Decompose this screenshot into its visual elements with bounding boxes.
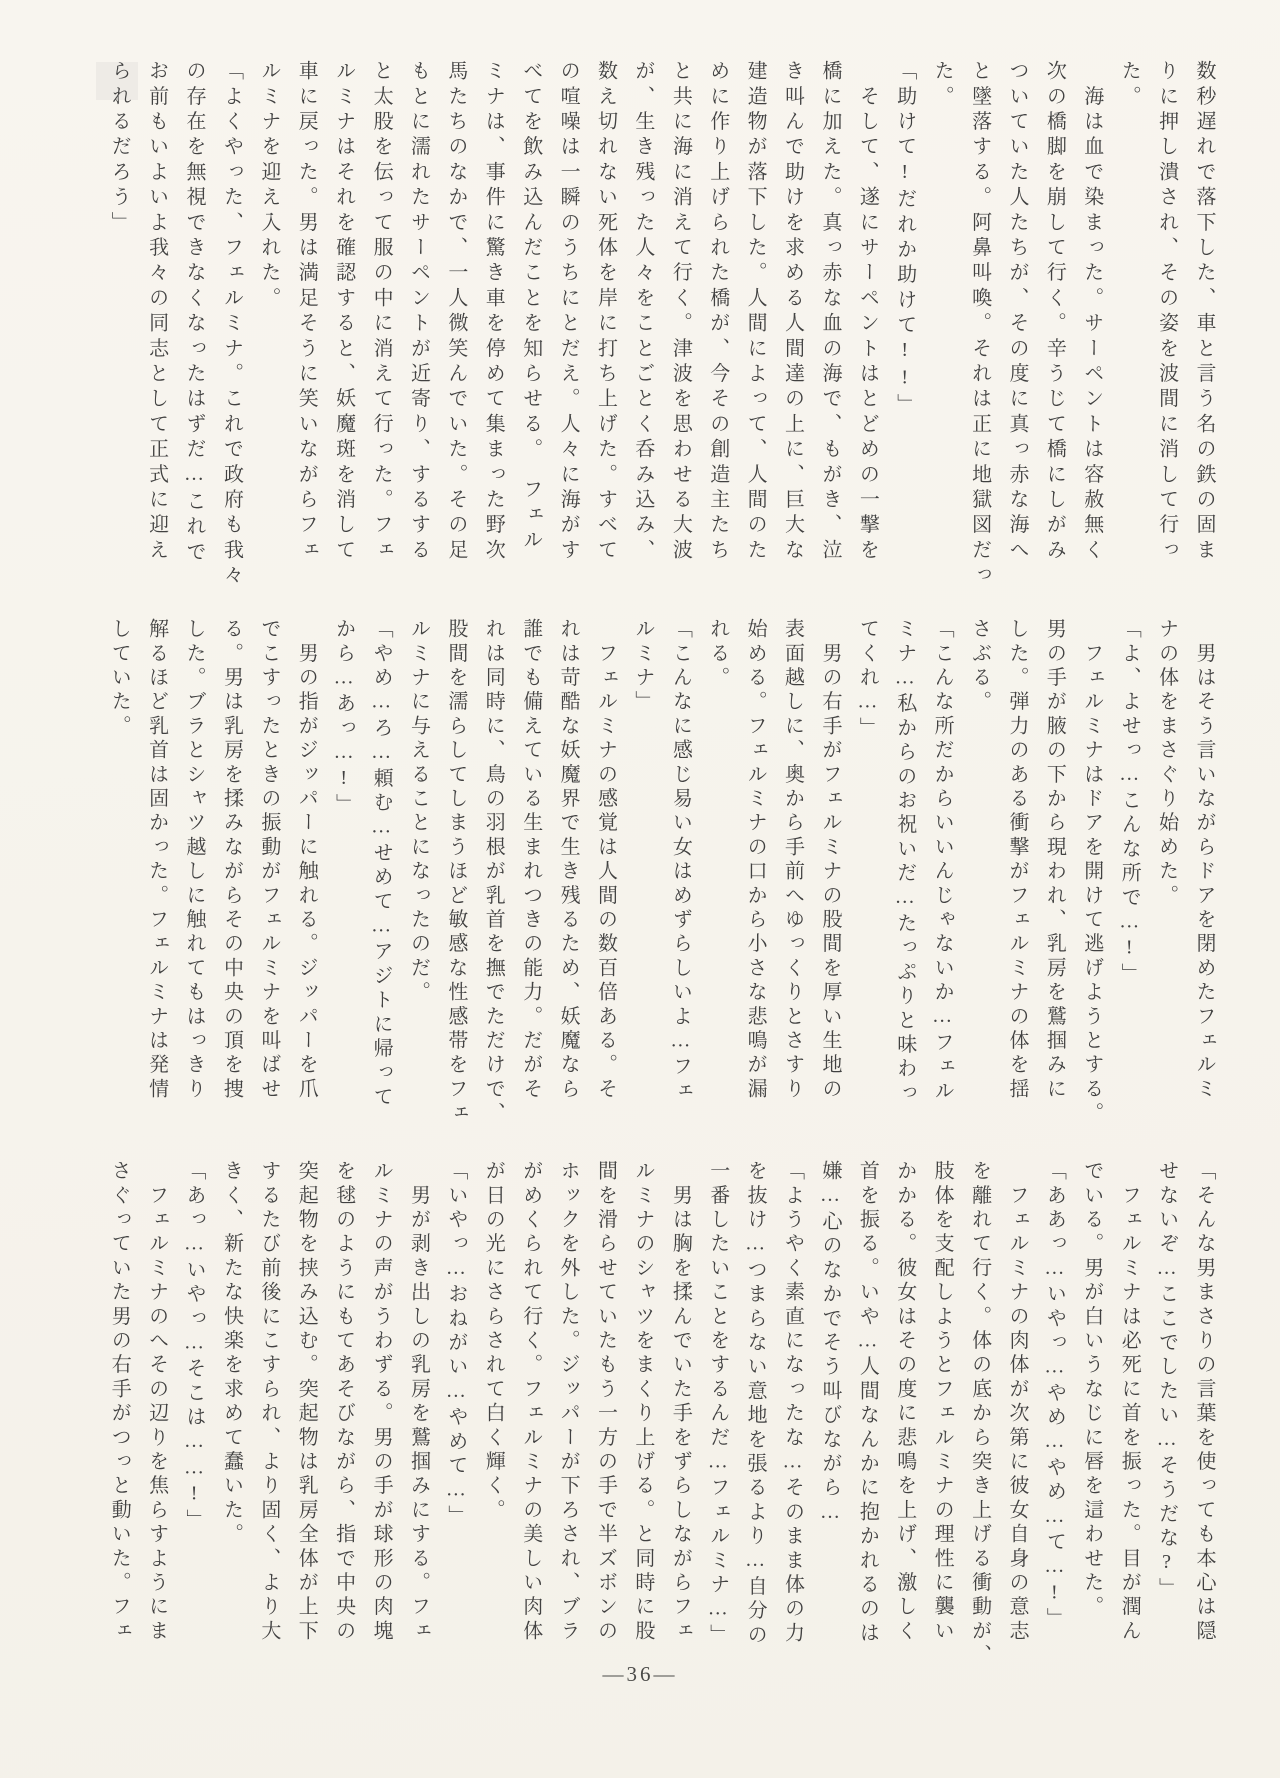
text-column: 数え切れない死体を岸に打ち上げた。すべて (586, 60, 623, 592)
text-column: 「ようやく素直になったな…そのまま体の力 (773, 1160, 810, 1672)
text-column: 間を滑らせていたもう一方の手で半ズボンの (586, 1160, 623, 1672)
text-column: てくれ…」 (848, 618, 885, 1130)
text-band-middle: 男はそう言いながらドアを閉めたフェルミナの体をまさぐり始めた。「よ、よせっ…こん… (100, 618, 1222, 1130)
text-column: 始める。フェルミナの口から小さな悲鳴が漏 (736, 618, 773, 1130)
text-column: られるだろう」 (100, 60, 137, 592)
text-column: せないぞ…ここでしたい…そうだな?」 (1147, 1160, 1184, 1672)
text-column: と太股を伝って服の中に消えて行った。フェ (362, 60, 399, 592)
text-column: 一番したいことをするんだ…フェルミナ…」 (698, 1160, 735, 1672)
text-column: れは同時に、鳥の羽根が乳首を撫でただけで、 (474, 618, 511, 1130)
text-column: 「助けて!だれか助けて!!」 (885, 60, 922, 592)
text-column: フェルミナの感覚は人間の数百倍ある。そ (586, 618, 623, 1130)
text-column: 「あっ…いやっ…そこは……!」 (175, 1160, 212, 1672)
text-column: フェルミナのへその辺りを焦らすようにま (137, 1160, 174, 1672)
text-column: 「ああっ…いやっ…やめ…やめ…て…!」 (1035, 1160, 1072, 1672)
text-column: がめくられて行く。フェルミナの美しい肉体 (511, 1160, 548, 1672)
text-column: 橋に加えた。真っ赤な血の海で、もがき、泣 (811, 60, 848, 592)
text-column: 男の右手がフェルミナの股間を厚い生地の (811, 618, 848, 1130)
text-column: と共に海に消えて行く。津波を思わせる大波 (661, 60, 698, 592)
text-column: き叫んで助けを求める人間達の上に、巨大な (773, 60, 810, 592)
text-column: を抜け…つまらない意地を張るより…自分の (736, 1160, 773, 1672)
text-column: べてを飲み込んだことを知らせる。 フェル (511, 60, 548, 592)
text-column: りに押し潰され、その姿を波間に消して行っ (1147, 60, 1184, 592)
text-column: ルミナに与えることになったのだ。 (399, 618, 436, 1130)
text-column: 首を振る。いや…人間なんかに抱かれるのは (848, 1160, 885, 1672)
text-column: もとに濡れたサーペントが近寄り、するする (399, 60, 436, 592)
text-column: お前もいよいよ我々の同志として正式に迎え (137, 60, 174, 592)
text-column: めに作り上げられた橋が、今その創造主たち (698, 60, 735, 592)
text-column: ナの体をまさぐり始めた。 (1147, 618, 1184, 1130)
text-band-top: 数秒遅れで落下した、車と言う名の鉄の固まりに押し潰され、その姿を波間に消して行っ… (100, 60, 1222, 592)
text-column: 建造物が落下した。人間によって、人間のた (736, 60, 773, 592)
text-column: る。男は乳房を揉みながらその中央の頂を捜 (212, 618, 249, 1130)
text-column: かかる。彼女はその度に悲鳴を上げ、激しく (885, 1160, 922, 1672)
text-column: ホックを外した。ジッパーが下ろされ、ブラ (549, 1160, 586, 1672)
scanned-novel-page: 数秒遅れで落下した、車と言う名の鉄の固まりに押し潰され、その姿を波間に消して行っ… (0, 0, 1280, 1778)
text-column: さぐっていた男の右手がつっと動いた。フェ (100, 1160, 137, 1672)
text-column: フェルミナの肉体が次第に彼女自身の意志 (998, 1160, 1035, 1672)
text-column: 「やめ…ろ…頼む…せめて…アジトに帰って (362, 618, 399, 1130)
text-column: れは苛酷な妖魔界で生き残るため、妖魔なら (549, 618, 586, 1130)
text-column: するたび前後にこすられ、より固く、より大 (249, 1160, 286, 1672)
text-column: ルミナ」 (624, 618, 661, 1130)
text-column: 解るほど乳首は固かった。フェルミナは発情 (137, 618, 174, 1130)
text-column: ミナは、事件に驚き車を停めて集まった野次 (474, 60, 511, 592)
text-column: 嫌…心のなかでそう叫びながら… (811, 1160, 848, 1672)
text-column: の存在を無視できなくなったはずだ…これで (175, 60, 212, 592)
text-column: 股間を濡らしてしまうほど敏感な性感帯をフェ (436, 618, 473, 1130)
text-column: の喧噪は一瞬のうちにとだえ。人々に海がす (549, 60, 586, 592)
text-column: 「そんな男まさりの言葉を使っても本心は隠 (1185, 1160, 1222, 1672)
text-column: 「いやっ…おねがい…やめて…」 (436, 1160, 473, 1672)
text-column: した。ブラとシャツ越しに触れてもはっきり (175, 618, 212, 1130)
text-column: でこすったときの振動がフェルミナを叫ばせ (249, 618, 286, 1130)
text-column: ついていた人たちが、その度に真っ赤な海へ (998, 60, 1035, 592)
text-band-bottom: 「そんな男まさりの言葉を使っても本心は隠せないぞ…ここでしたい…そうだな?」 フ… (100, 1160, 1222, 1672)
text-column: した。弾力のある衝撃がフェルミナの体を揺 (998, 618, 1035, 1130)
text-column: れる。 (698, 618, 735, 1130)
text-column: きく、新たな快楽を求めて蠢いた。 (212, 1160, 249, 1672)
text-column: 「こんなに感じ易い女はめずらしいよ…フェ (661, 618, 698, 1130)
text-column: ルミナのシャツをまくり上げる。と同時に股 (624, 1160, 661, 1672)
text-column: 男の手が腋の下から現われ、乳房を鷲掴みに (1035, 618, 1072, 1130)
text-column: が日の光にさらされて白く輝く。 (474, 1160, 511, 1672)
text-column: 次の橋脚を崩して行く。辛うじて橋にしがみ (1035, 60, 1072, 592)
text-column: ミナ…私からのお祝いだ…たっぷりと味わっ (885, 618, 922, 1130)
page-number: ―36― (0, 1662, 1280, 1687)
text-column: 突起物を挟み込む。突起物は乳房全体が上下 (287, 1160, 324, 1672)
text-column: フェルミナは必死に首を振った。目が潤ん (1110, 1160, 1147, 1672)
text-column: 車に戻った。男は満足そうに笑いながらフェ (287, 60, 324, 592)
text-column: が、生き残った人々をことごとく呑み込み、 (624, 60, 661, 592)
text-column: と墜落する。阿鼻叫喚。それは正に地獄図だっ (960, 60, 997, 592)
text-column: していた。 (100, 618, 137, 1130)
text-column: た。 (1110, 60, 1147, 592)
text-column: を毬のようにもてあそびながら、指で中央の (324, 1160, 361, 1672)
text-column: 海は血で染まった。サーペントは容赦無く (1072, 60, 1109, 592)
text-column: フェルミナはドアを開けて逃げようとする。 (1072, 618, 1109, 1130)
text-column: から…あっ…!」 (324, 618, 361, 1130)
text-column: 男が剥き出しの乳房を鷲掴みにする。フェ (399, 1160, 436, 1672)
text-column: 数秒遅れで落下した、車と言う名の鉄の固ま (1185, 60, 1222, 592)
text-column: ルミナを迎え入れた。 (249, 60, 286, 592)
text-column: ルミナはそれを確認すると、妖魔斑を消して (324, 60, 361, 592)
text-column: ルミナの声がうわずる。男の手が球形の肉塊 (362, 1160, 399, 1672)
text-column: 馬たちのなかで、一人微笑んでいた。その足 (436, 60, 473, 592)
text-column: 誰でも備えている生まれつきの能力。だがそ (511, 618, 548, 1130)
text-column: でいる。男が白いうなじに唇を這わせた。 (1072, 1160, 1109, 1672)
text-column: を離れて行く。体の底から突き上げる衝動が、 (960, 1160, 997, 1672)
text-column: 「よ、よせっ…こんな所で…!」 (1110, 618, 1147, 1130)
text-column: 「こんな所だからいいんじゃないか…フェル (923, 618, 960, 1130)
text-column: 肢体を支配しようとフェルミナの理性に襲い (923, 1160, 960, 1672)
text-column: 男の指がジッパーに触れる。ジッパーを爪 (287, 618, 324, 1130)
text-column: 表面越しに、奥から手前へゆっくりとさすり (773, 618, 810, 1130)
text-column: 男は胸を揉んでいた手をずらしながらフェ (661, 1160, 698, 1672)
text-column: そして、遂にサーペントはとどめの一撃を (848, 60, 885, 592)
text-column: 男はそう言いながらドアを閉めたフェルミ (1185, 618, 1222, 1130)
text-column: た。 (923, 60, 960, 592)
text-column: さぶる。 (960, 618, 997, 1130)
text-column: 「よくやった、フェルミナ。これで政府も我々 (212, 60, 249, 592)
